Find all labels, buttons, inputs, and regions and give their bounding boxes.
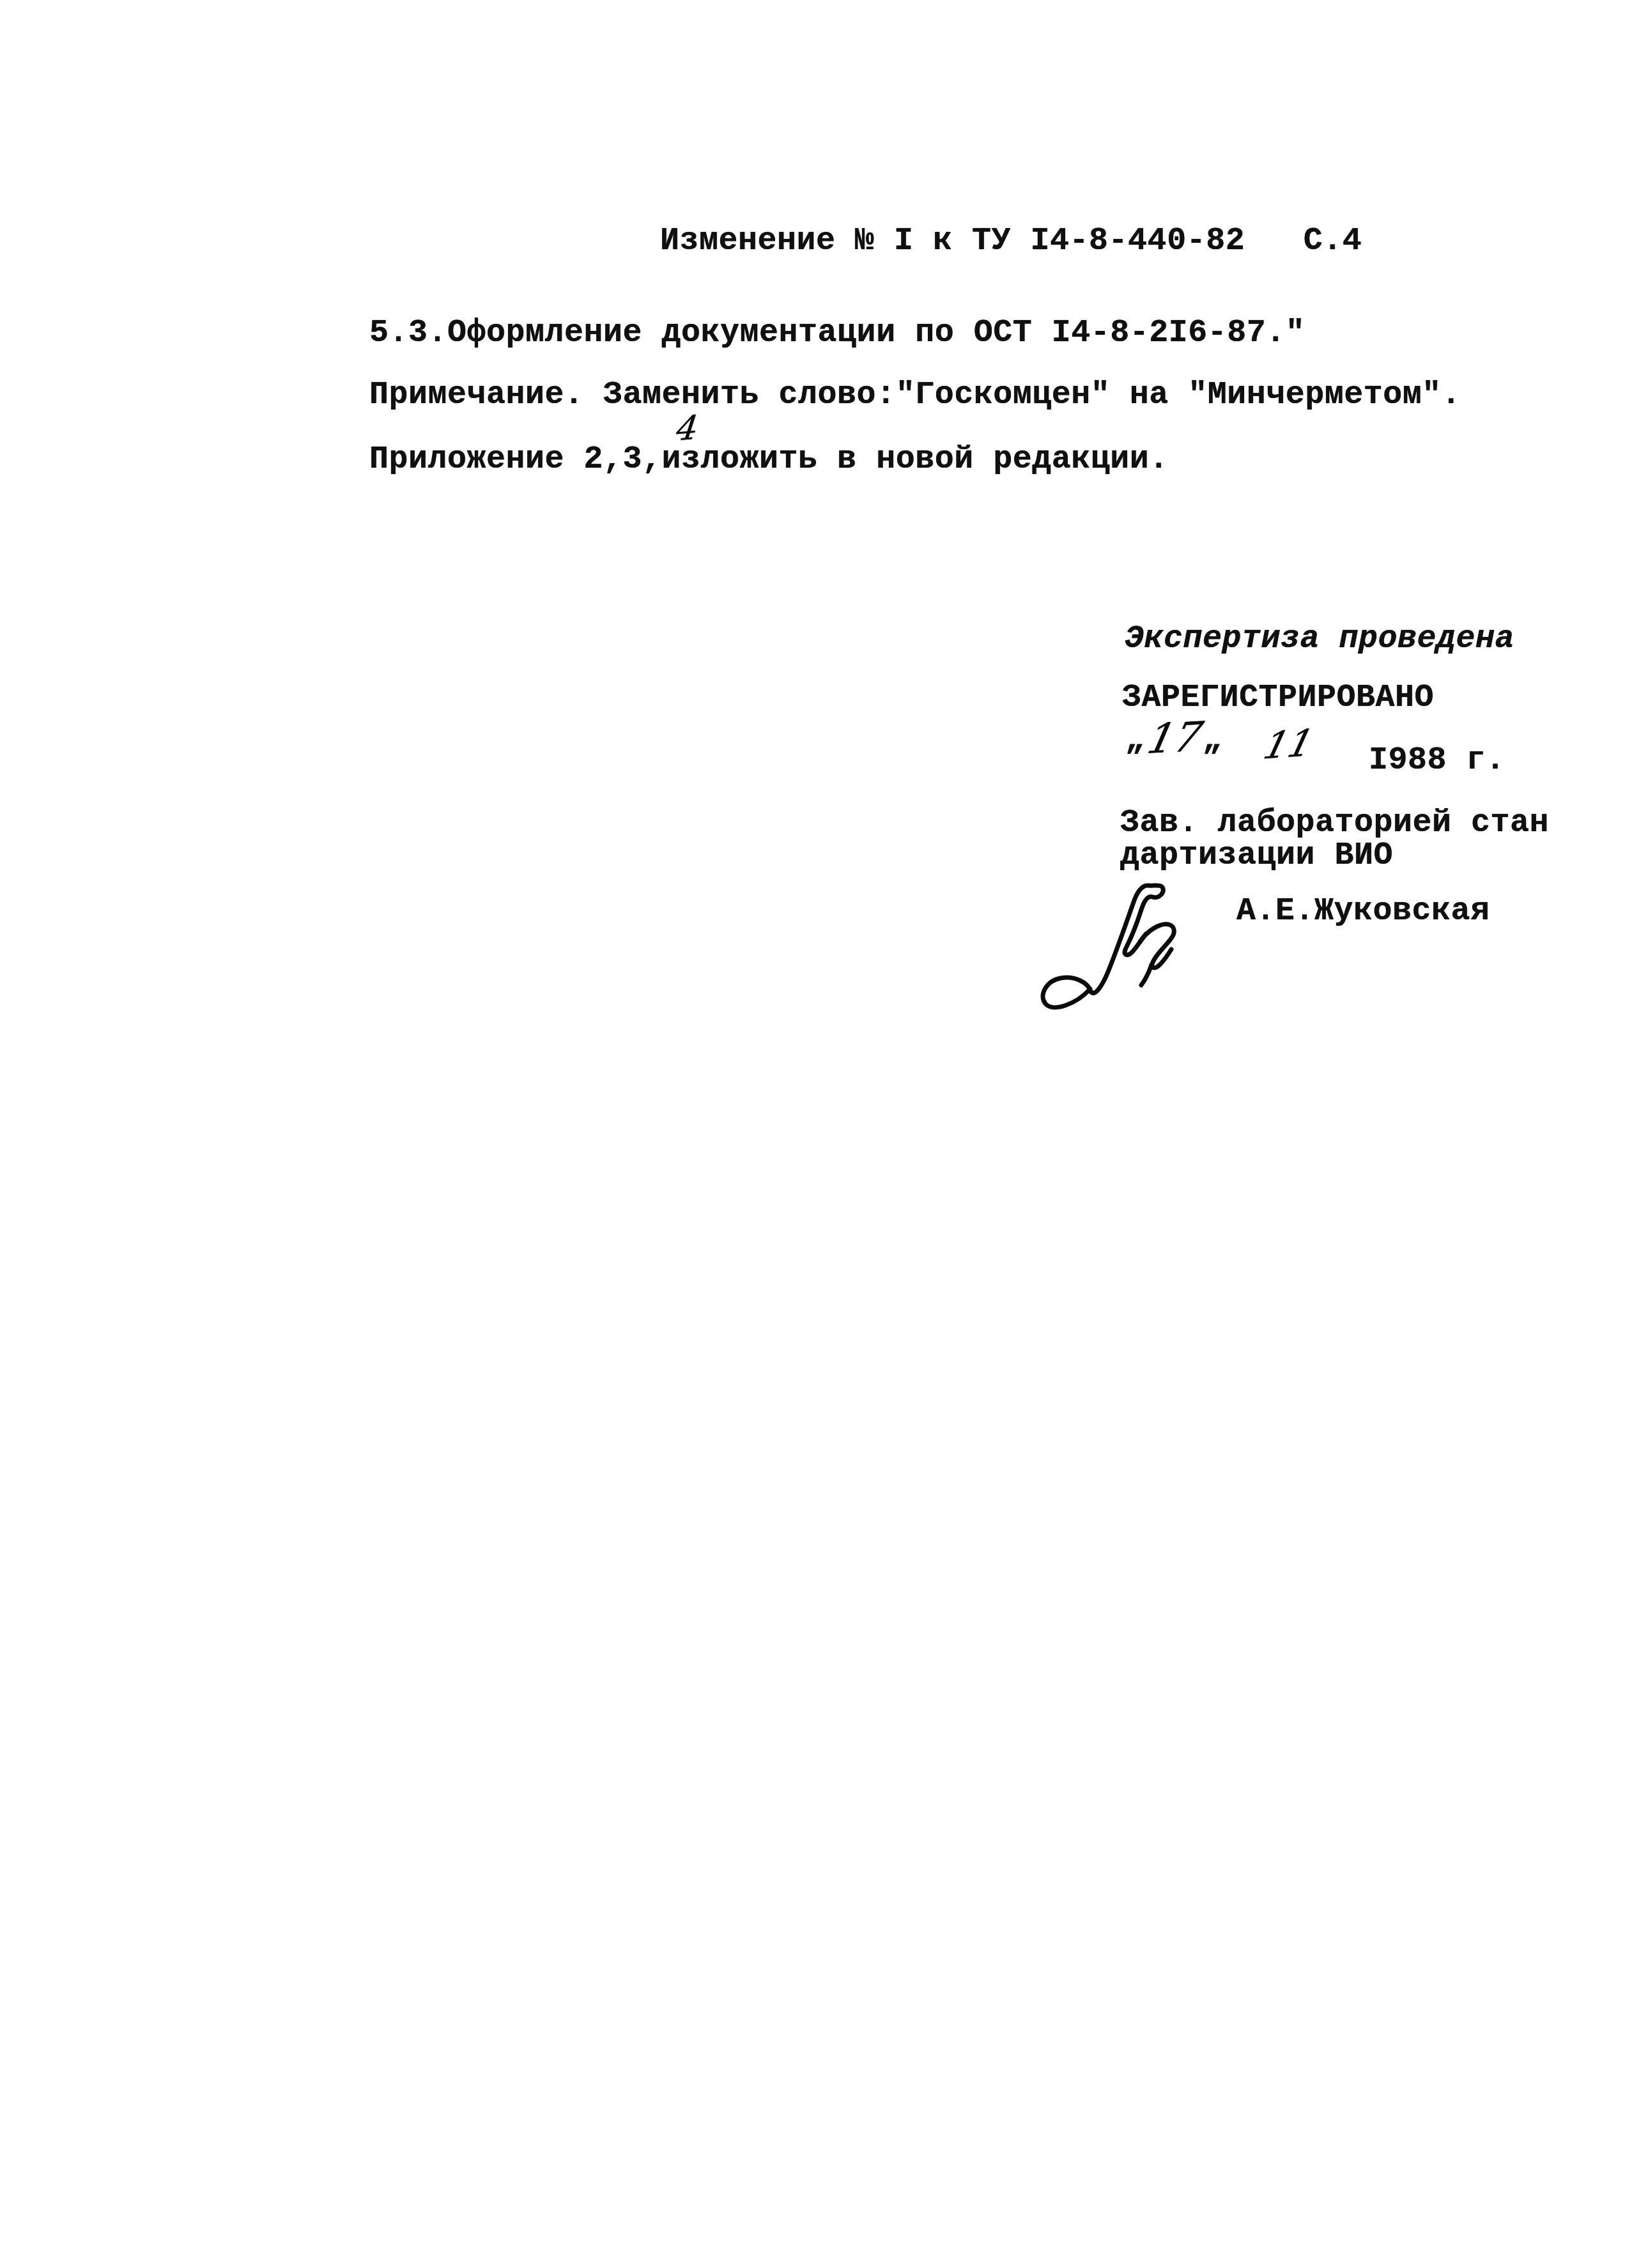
appendix-line: Приложение 2,3,изложить в новой редакции…	[369, 442, 1169, 477]
clause-5-3-line: 5.3.Оформление документации по ОСТ I4-8-…	[369, 316, 1305, 351]
page-header: Изменение № I к ТУ I4-8-440-82 С.4	[660, 224, 1362, 259]
typed-year: I988 г.	[1369, 743, 1506, 778]
signer-name: А.Е.Жуковская	[1236, 894, 1490, 929]
note-line: Примечание. Заменить слово:"Госкомцен" н…	[369, 378, 1461, 413]
handwritten-day: 17	[1144, 717, 1206, 760]
date-close-quote: „	[1203, 721, 1222, 760]
registered-line: ЗАРЕГИСТРИРОВАНО	[1122, 680, 1434, 716]
signer-title-line2: дартизации ВИО	[1120, 838, 1393, 873]
date-open-quote: „	[1125, 721, 1145, 760]
scanned-document-page: Изменение № I к ТУ I4-8-440-82 С.4 5.3.О…	[0, 0, 1625, 2268]
handwritten-insert-digit: 4	[675, 411, 700, 447]
signature-icon	[1039, 882, 1185, 1015]
expertise-line: Экспертиза проведена	[1125, 622, 1514, 657]
appendix-line-prefix: Приложение 2,3,	[369, 441, 662, 478]
appendix-line-suffix: изложить в новой редакции.	[662, 441, 1169, 478]
signer-title-line1: Зав. лабораторией стан	[1120, 806, 1549, 841]
handwritten-month: 11	[1260, 724, 1318, 764]
